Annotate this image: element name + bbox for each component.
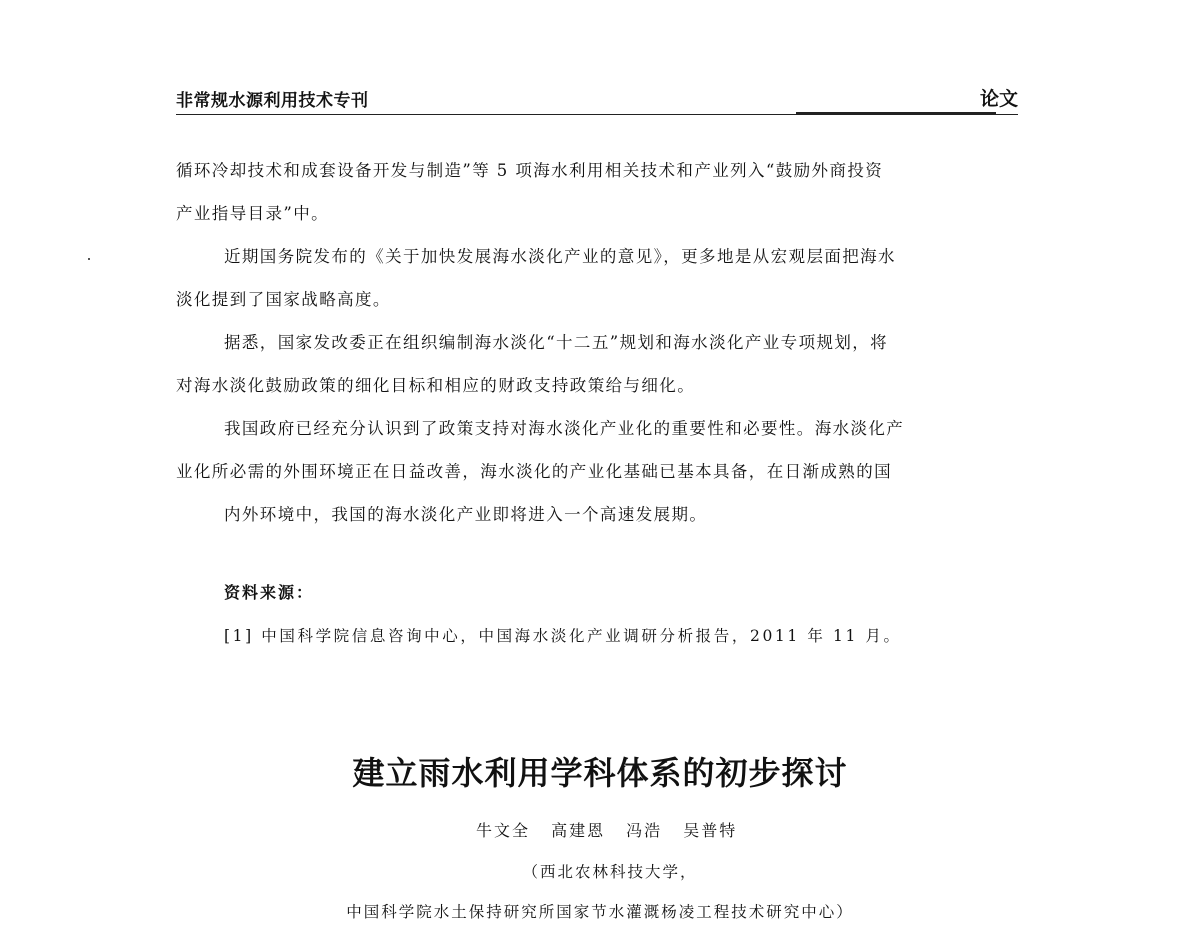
paragraph-line: 循环冷却技术和成套设备开发与制造”等 5 项海水利用相关技术和产业列入“鼓励外商… xyxy=(176,149,1022,192)
sources-heading: 资料来源： xyxy=(224,580,314,603)
affiliation-line-2: 中国科学院水土保持研究所国家节水灌溉杨凌工程技术研究中心） xyxy=(0,900,1200,922)
paragraph-line: 据悉，国家发改委正在组织编制海水淡化“十二五”规划和海水淡化产业专项规划，将 xyxy=(176,321,1022,364)
page-header: 非常规水源利用技术专刊 论文 xyxy=(176,86,1018,115)
paragraph-line: 淡化提到了国家战略高度。 xyxy=(176,278,1022,321)
article-authors: 牛文全 高建恩 冯浩 吴普特 xyxy=(476,818,737,841)
body-text: 循环冷却技术和成套设备开发与制造”等 5 项海水利用相关技术和产业列入“鼓励外商… xyxy=(176,149,1022,536)
reference-item: [1] 中国科学院信息咨询中心，中国海水淡化产业调研分析报告，2011 年 11… xyxy=(224,624,902,646)
scan-speck xyxy=(88,258,90,260)
article-category: 论文 xyxy=(980,84,1018,111)
paragraph-line: 业化所必需的外围环境正在日益改善，海水淡化的产业化基础已基本具备，在日渐成熟的国 xyxy=(176,450,1022,493)
paragraph-line: 内外环境中，我国的海水淡化产业即将进入一个高速发展期。 xyxy=(176,493,1022,536)
affiliation-line-1: （西北农林科技大学， xyxy=(0,860,1200,882)
paragraph-line: 我国政府已经充分认识到了政策支持对海水淡化产业化的重要性和必要性。海水淡化产 xyxy=(176,407,1022,450)
paragraph-line: 产业指导目录”中。 xyxy=(176,192,1022,235)
paragraph-line: 对海水淡化鼓励政策的细化目标和相应的财政支持政策给与细化。 xyxy=(176,364,1022,407)
journal-section-title: 非常规水源利用技术专刊 xyxy=(176,86,369,111)
article-title: 建立雨水利用学科体系的初步探讨 xyxy=(0,748,1200,794)
header-rule-mark xyxy=(796,112,996,114)
paragraph-line: 近期国务院发布的《关于加快发展海水淡化产业的意见》，更多地是从宏观层面把海水 xyxy=(176,235,1022,278)
